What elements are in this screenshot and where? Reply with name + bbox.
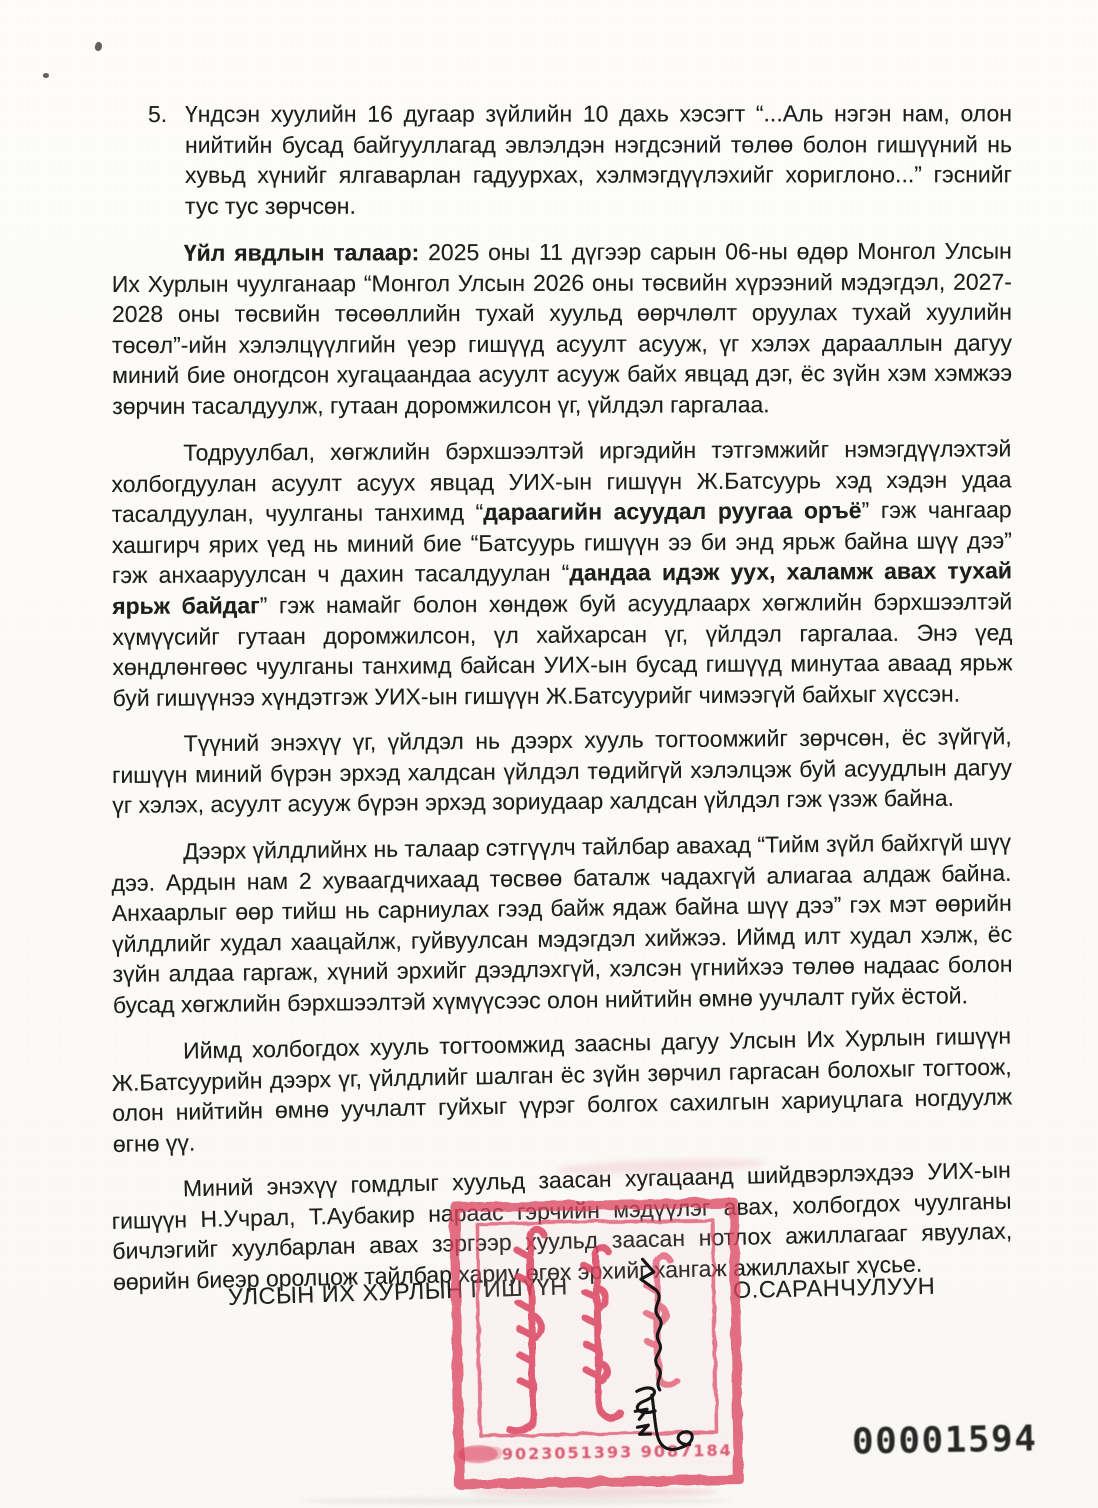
registration-number-stamp: 00001594 bbox=[852, 1418, 1038, 1462]
official-seal-stamp: 9023051393 9087184 bbox=[445, 1193, 750, 1498]
scanned-document-page: 5. Үндсэн хуулийн 16 дугаар зүйлийн 10 д… bbox=[0, 0, 1098, 1508]
quoted-phrase-bold: дараагийн асуудал руугаа оръё bbox=[483, 497, 861, 525]
paragraph-press-statement: Дээрх үйлдлийнх нь талаар сэтгүүлч тайлб… bbox=[111, 827, 1013, 1021]
stamp-serial-numbers: 9023051393 9087184 bbox=[502, 1441, 733, 1464]
numbered-clause-5: 5. Үндсэн хуулийн 16 дугаар зүйлийн 10 д… bbox=[112, 98, 1012, 221]
letter-body: 5. Үндсэн хуулийн 16 дугаар зүйлийн 10 д… bbox=[112, 99, 1012, 1313]
paragraph-lead-bold: Үйл явдлын талаар: bbox=[184, 240, 420, 267]
scan-smudge bbox=[300, 1497, 730, 1505]
signer-name: О.САРАНЧУЛУУН bbox=[733, 1273, 936, 1304]
ink-speck bbox=[94, 41, 104, 52]
clause-number: 5. bbox=[148, 99, 185, 221]
paragraph-demand: Иймд холбогдох хууль тогтоомжид заасны д… bbox=[111, 1020, 1013, 1159]
ink-speck bbox=[42, 72, 49, 78]
clause-text: Үндсэн хуулийн 16 дугаар зүйлийн 10 дахь… bbox=[185, 98, 1012, 221]
paragraph-legal-assessment: Түүний энэхүү үг, үйлдэл нь дээрх хууль … bbox=[112, 721, 1013, 821]
stamp-ink-smudge bbox=[468, 1487, 718, 1497]
ink-smudge bbox=[460, 1447, 502, 1461]
paragraph-incident-details: Тодруулбал, хөгжлийн бэрхшээлтэй иргэдий… bbox=[111, 433, 1012, 713]
paragraph-event-summary: Үйл явдлын талаар: 2025 оны 11 дүгээр са… bbox=[112, 236, 1012, 422]
